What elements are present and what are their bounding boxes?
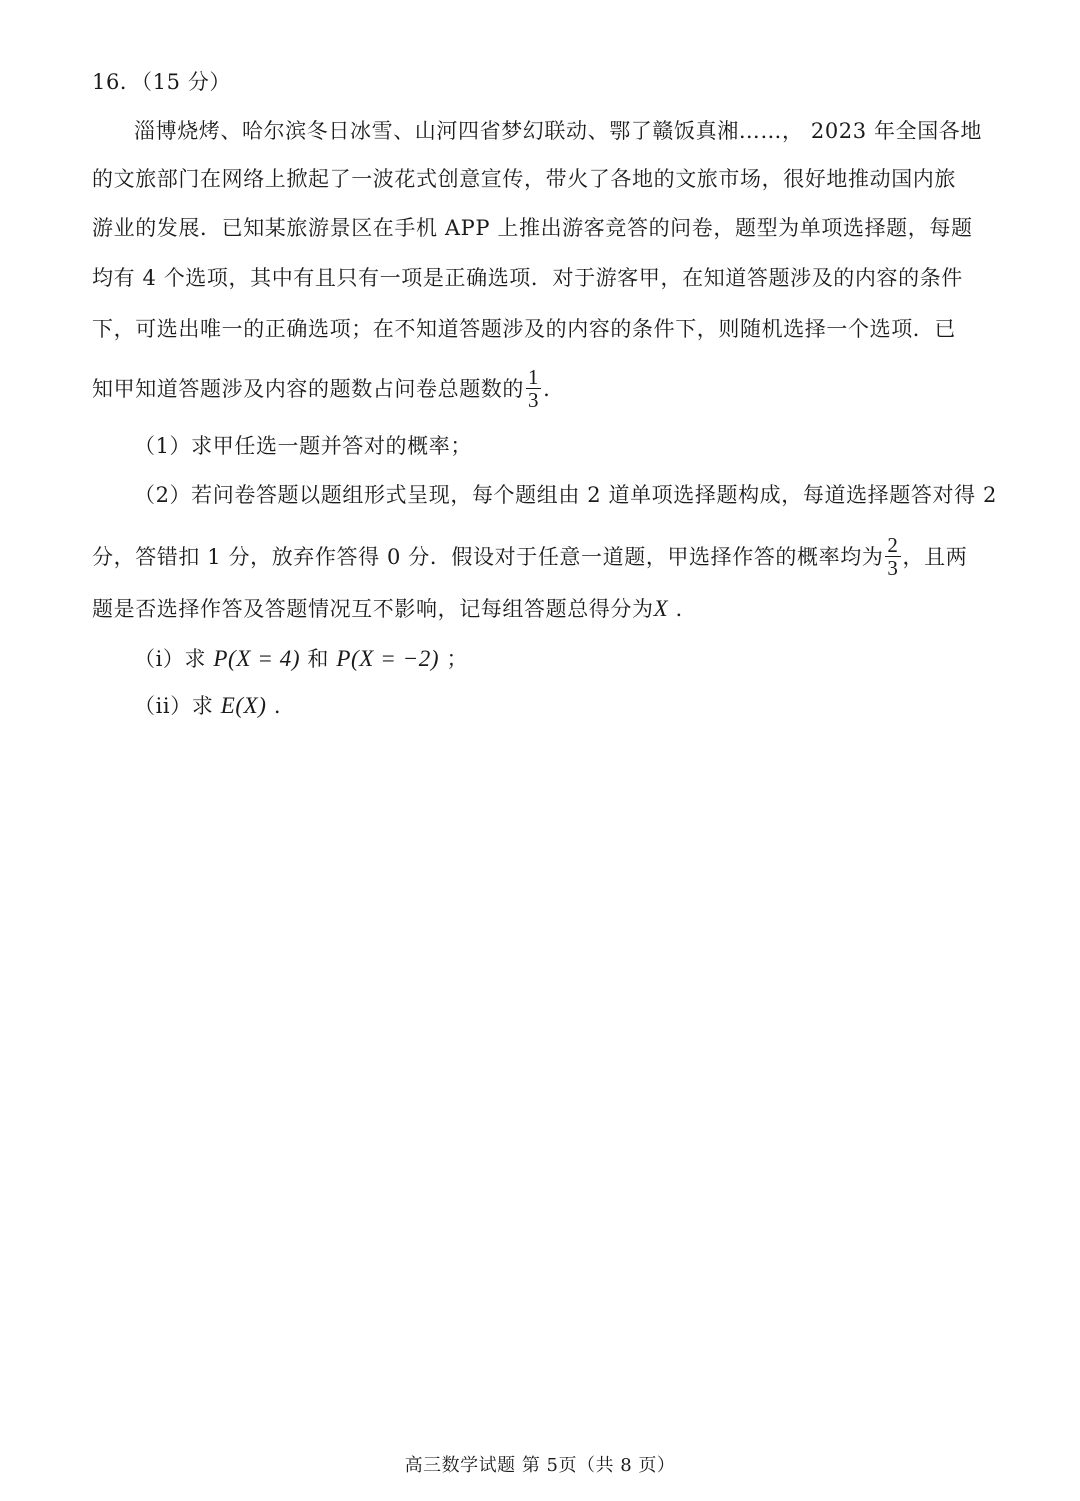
sub-question-i: （i）求 P(X = 4) 和 P(X = −2) ； [134,645,468,673]
fraction-numerator: 1 [526,366,541,389]
intro-line-6: 知甲知道答题涉及内容的题数占问卷总题数的13. [92,368,550,413]
intro-line-4: 均有 4 个选项，其中有且只有一项是正确选项．对于游客甲，在知道答题涉及的内容的… [92,264,963,292]
sub-i-label: （i）求 [134,647,213,671]
intro-line-3: 游业的发展．已知某旅游景区在手机 APP 上推出游客竞答的问卷，题型为单项选择题… [92,214,973,242]
part-1-question: （1）求甲任选一题并答对的概率； [134,432,472,460]
fraction-numerator: 2 [885,534,900,557]
intro-line-2: 的文旅部门在网络上掀起了一波花式创意宣传，带火了各地的文旅市场，很好地推动国内旅 [92,165,956,193]
page-footer: 高三数学试题 第 5页（共 8 页） [0,1454,1080,1478]
intro-line-1: 淄博烧烤、哈尔滨冬日冰雪、山河四省梦幻联动、鄂了赣饭真湘……， 2023 年全国… [134,117,982,145]
fraction-denominator: 3 [885,557,900,579]
intro-last-tail: . [543,377,550,401]
intro-last-text: 知甲知道答题涉及内容的题数占问卷总题数的 [92,377,524,401]
math-expr-e-x: E(X) [221,693,267,718]
part-2-line-2: 分，答错扣 1 分，放弃作答得 0 分．假设对于任意一道题，甲选择作答的概率均为… [92,536,967,581]
part-2-line-3: 题是否选择作答及答题情况互不影响，记每组答题总得分为X . [92,595,683,623]
math-expr-p-x-neg2: P(X = −2) [336,646,439,671]
intro-line-5: 下，可选出唯一的正确选项；在不知道答题涉及的内容的条件下，则随机选择一个选项．已 [92,315,956,343]
part-2-line-2-text: 分，答错扣 1 分，放弃作答得 0 分．假设对于任意一道题，甲选择作答的概率均为 [92,545,883,569]
sub-question-ii: （ii）求 E(X) . [134,692,281,720]
part-2-line-3-tail: . [668,597,683,621]
part-2-line-1: （2）若问卷答题以题组形式呈现，每个题组由 2 道单项选择题构成，每道选择题答对… [134,481,997,509]
fraction-one-third: 13 [526,366,541,411]
fraction-denominator: 3 [526,389,541,411]
part-2-line-3-text: 题是否选择作答及答题情况互不影响，记每组答题总得分为 [92,597,654,621]
sub-ii-tail: . [267,694,282,718]
part-2-line-2-tail: ，且两 [903,545,968,569]
problem-header: 16．（15 分） [92,68,231,96]
variable-x: X [654,596,669,621]
sub-ii-label: （ii）求 [134,694,221,718]
math-expr-p-x-4: P(X = 4) [213,646,300,671]
sub-i-tail: ； [439,647,468,671]
sub-i-mid: 和 [300,647,336,671]
fraction-two-thirds: 23 [885,534,900,579]
